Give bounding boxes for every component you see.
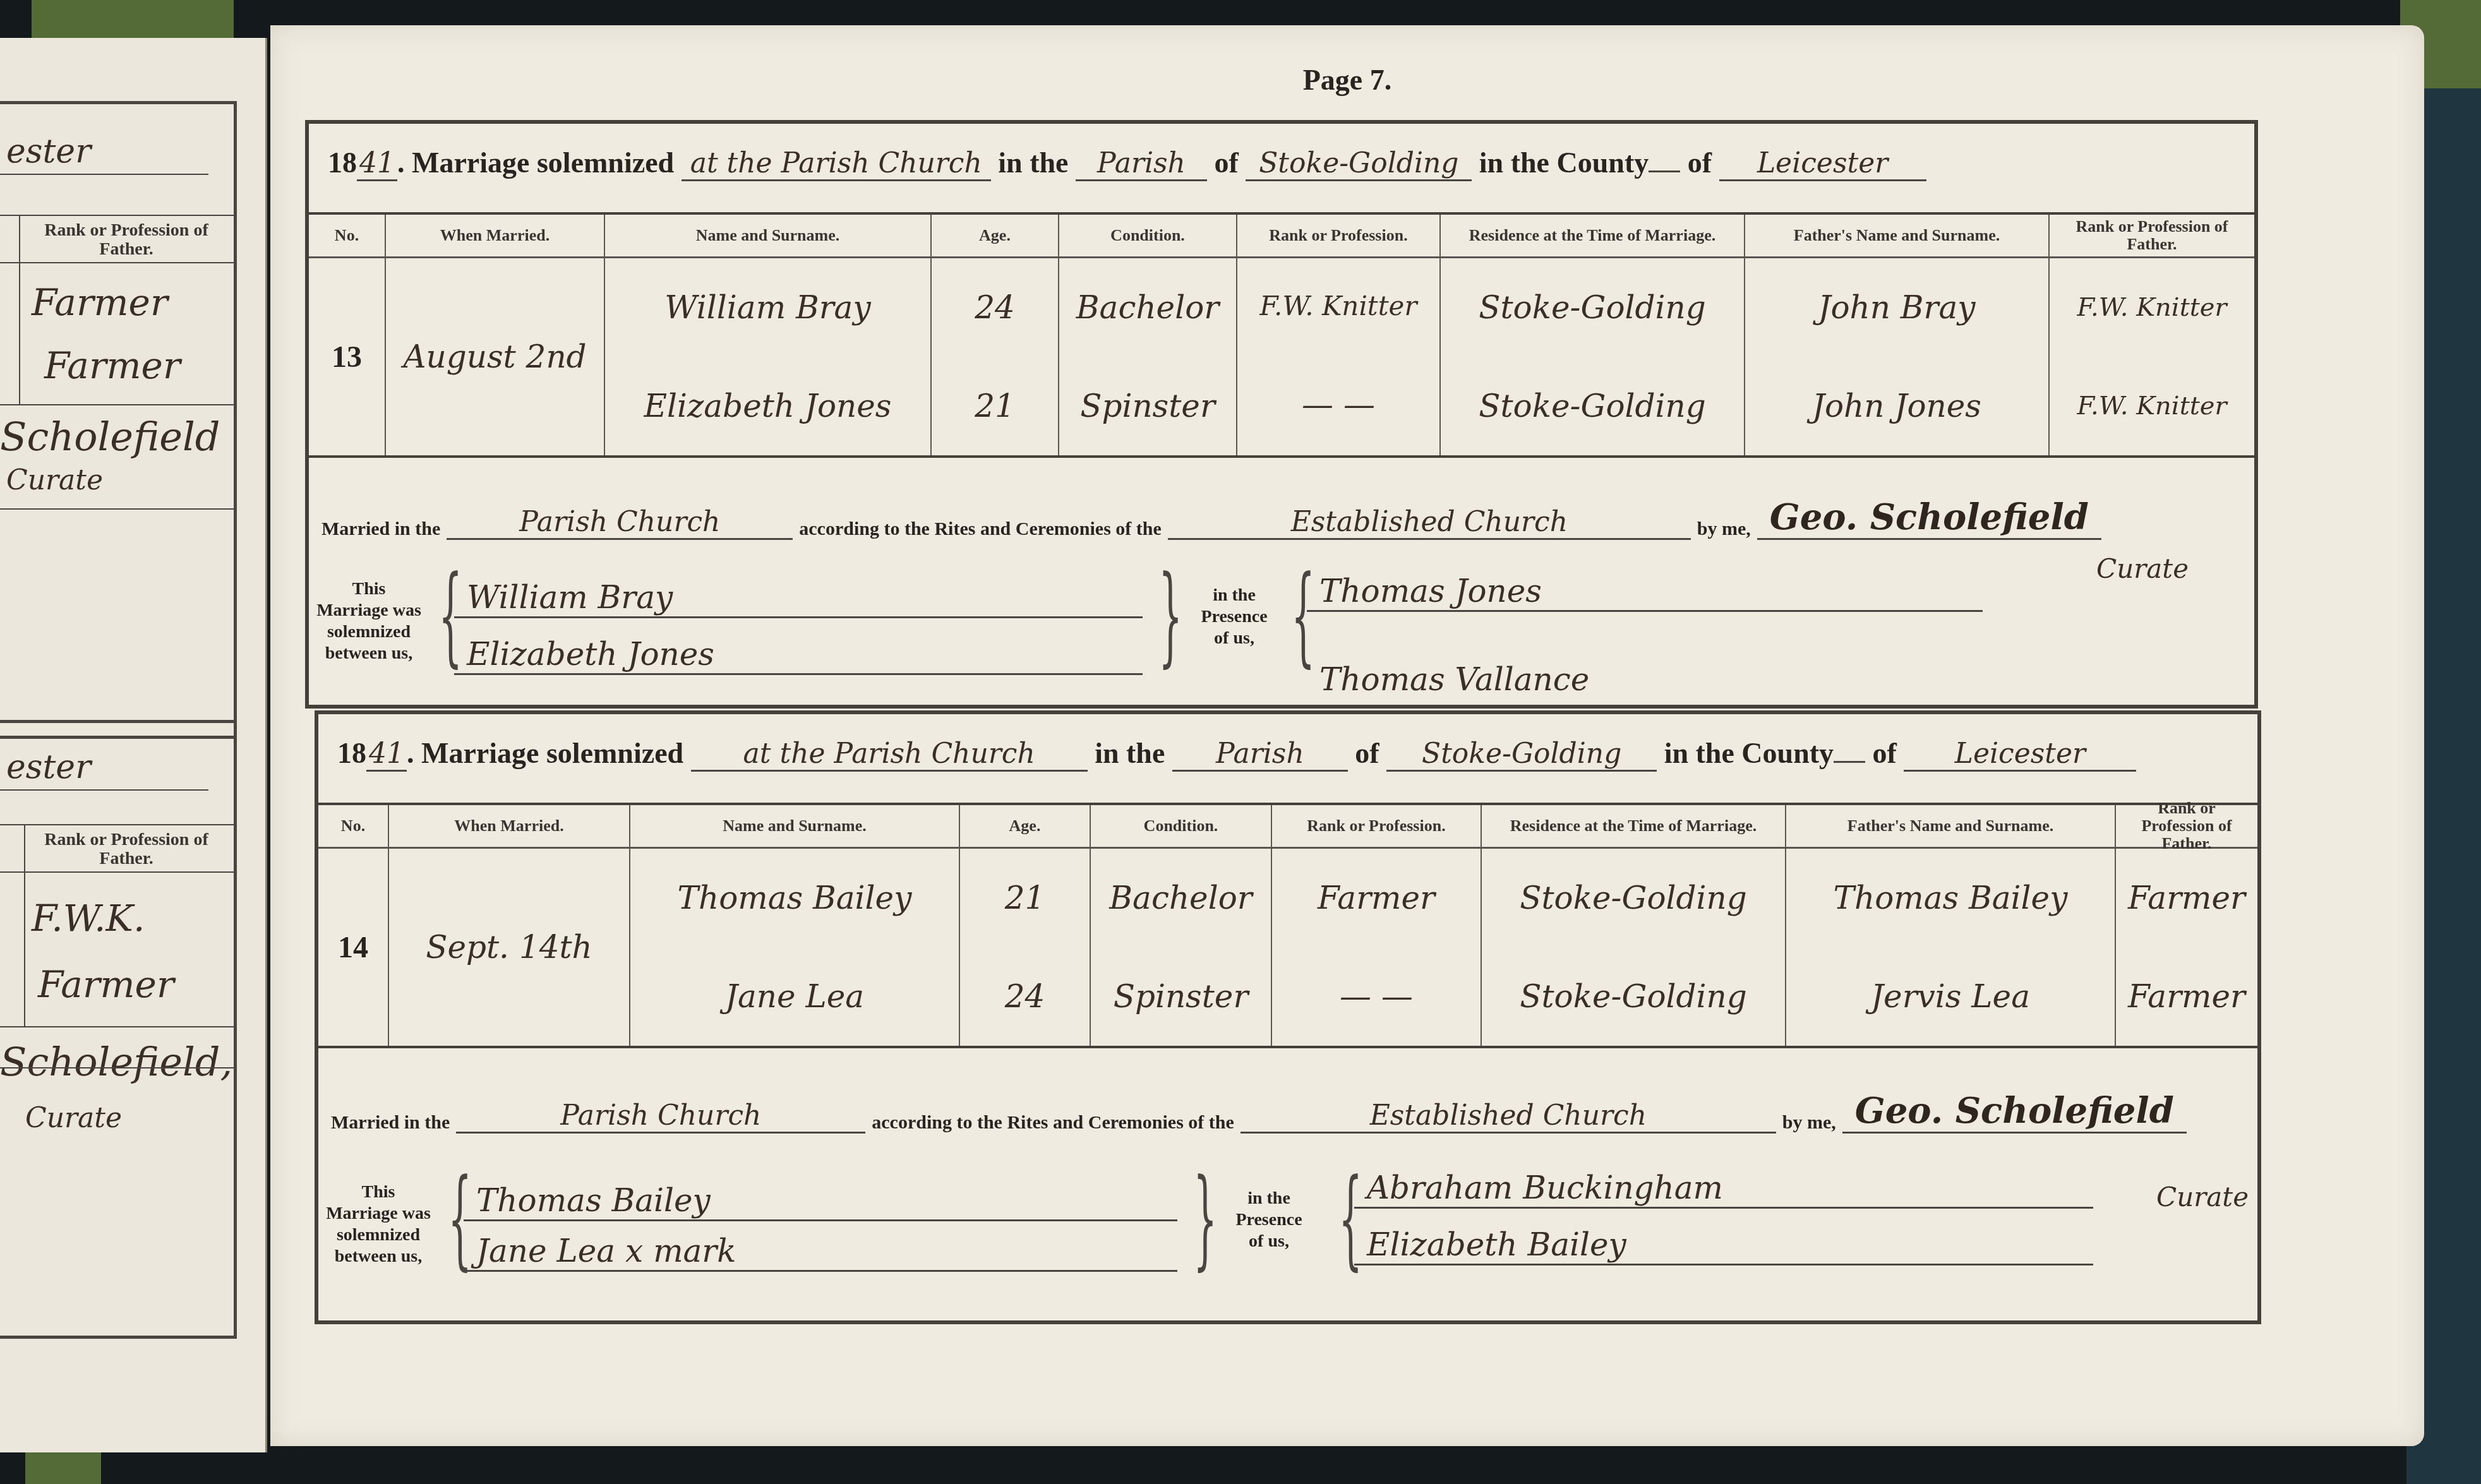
col-father-rank: Rank or Profession of Father. Farmer Far… — [2116, 805, 2257, 1046]
header-rule — [0, 262, 234, 263]
county: Leicester — [1719, 147, 1926, 181]
bride-condition: Spinster — [1114, 978, 1249, 1015]
father-rank-cell: Farmer — [38, 963, 174, 1006]
father-rank-cell: Farmer — [32, 281, 168, 324]
brace: } — [1193, 1156, 1217, 1281]
signature-block: This Marriage was solemnized between us,… — [315, 566, 2242, 692]
this-marriage-label: This Marriage was solemnized between us, — [325, 1182, 432, 1267]
when-married: Sept. 14th — [426, 929, 592, 966]
groom-signature: Thomas Bailey — [464, 1182, 1177, 1221]
column-header-father-rank: Rank or Profession of Father. — [25, 830, 227, 868]
col-father-rank: Rank or Profession of Father. F.W. Knitt… — [2050, 215, 2254, 455]
officiant-signature: Geo. Scholefield — [1757, 496, 2101, 540]
row-rule — [0, 508, 234, 510]
groom-name: William Bray — [664, 289, 870, 326]
year-suffix: 41 — [357, 147, 397, 181]
bride-residence: Stoke-Golding — [1520, 978, 1746, 1015]
col-no: No. 14 — [318, 805, 389, 1046]
bride-residence: Stoke-Golding — [1479, 388, 1705, 424]
title-fragment: Curate — [25, 1102, 122, 1134]
col-name: Name and Surname. William Bray Elizabeth… — [605, 215, 932, 455]
married-in-line: Married in the Parish Church according t… — [331, 1090, 2245, 1134]
witness-1: Abraham Buckingham — [1354, 1169, 2093, 1209]
witness-1: Thomas Jones — [1307, 572, 1983, 612]
district-type: Parish — [1076, 147, 1207, 181]
rites-of: Established Church — [1240, 1099, 1776, 1134]
married-in-line: Married in the Parish Church according t… — [321, 496, 2242, 540]
signature-fragment: Scholefield, — [0, 1039, 232, 1085]
left-entry-upper: ester Rank or Profession of Father. Farm… — [0, 101, 237, 739]
col-when-married: When Married. Sept. 14th — [389, 805, 630, 1046]
col-when-married: When Married. August 2nd — [386, 215, 605, 455]
col-age: Age. 24 21 — [932, 215, 1059, 455]
bride-age: 24 — [1005, 978, 1045, 1015]
header-rule — [0, 215, 234, 216]
col-residence: Residence at the Time of Marriage. Stoke… — [1441, 215, 1745, 455]
bride-signature: Jane Lea x mark — [464, 1232, 1177, 1272]
place: Stoke-Golding — [1246, 147, 1472, 181]
column-divider — [19, 215, 20, 404]
entry-heading: 1841. Marriage solemnized at the Parish … — [337, 736, 2136, 772]
county: Leicester — [1904, 738, 2136, 772]
groom-father-name: Thomas Bailey — [1834, 880, 2068, 916]
solemnized-at: at the Parish Church — [682, 147, 991, 181]
entry-table: No. 13 When Married. August 2nd Name and… — [309, 212, 2254, 458]
rites-of: Established Church — [1168, 506, 1691, 540]
row-rule — [0, 1026, 234, 1027]
presence-label: in the Presence of us, — [1228, 1188, 1310, 1252]
column-header-father-rank: Rank or Profession of Father. — [25, 221, 227, 259]
bride-father-name: John Jones — [1812, 388, 1981, 424]
bride-rank: — — — [1302, 386, 1375, 423]
col-no: No. 13 — [309, 215, 386, 455]
groom-age: 21 — [1005, 880, 1045, 916]
signature-fragment: Scholefield — [0, 414, 220, 460]
father-rank-cell: F.W.K. — [32, 897, 145, 940]
officiant-signature: Geo. Scholefield — [1842, 1090, 2187, 1134]
signature-block: This Marriage was solemnized between us,… — [325, 1169, 2245, 1295]
register-page: Page 7. 1841. Marriage solemnized at the… — [270, 25, 2424, 1446]
place: Stoke-Golding — [1386, 738, 1657, 772]
groom-father-name: John Bray — [1818, 289, 1975, 326]
year-suffix: 41 — [366, 738, 407, 772]
col-age: Age. 21 24 — [960, 805, 1091, 1046]
left-page-fragment: ester Rank or Profession of Father. Farm… — [0, 38, 267, 1452]
groom-age: 24 — [975, 289, 1015, 326]
bride-father-rank: Farmer — [2128, 978, 2245, 1015]
father-rank-cell: Farmer — [44, 344, 181, 387]
county-line — [0, 789, 208, 791]
bride-age: 21 — [975, 388, 1015, 424]
groom-residence: Stoke-Golding — [1520, 880, 1746, 916]
groom-name: Thomas Bailey — [678, 880, 912, 916]
groom-rank: Farmer — [1318, 880, 1435, 916]
left-entry-lower: ester Rank or Profession of Father. F.W.… — [0, 720, 237, 1339]
bride-rank: — — — [1340, 978, 1413, 1015]
bride-condition: Spinster — [1080, 388, 1215, 424]
groom-father-rank: Farmer — [2128, 880, 2245, 916]
groom-father-rank: F.W. Knitter — [2077, 293, 2226, 322]
entry-heading: 1841. Marriage solemnized at the Parish … — [328, 146, 1926, 181]
col-father-name: Father's Name and Surname. John Bray Joh… — [1745, 215, 2050, 455]
groom-condition: Bachelor — [1109, 880, 1252, 916]
this-marriage-label: This Marriage was solemnized between us, — [315, 578, 423, 664]
when-married: August 2nd — [403, 338, 586, 375]
col-father-name: Father's Name and Surname. Thomas Bailey… — [1786, 805, 2116, 1046]
bride-father-name: Jervis Lea — [1871, 978, 2030, 1015]
bride-signature: Elizabeth Jones — [454, 635, 1143, 675]
entry-table: No. 14 When Married. Sept. 14th Name and… — [318, 803, 2257, 1048]
married-in: Parish Church — [456, 1099, 865, 1134]
groom-signature: William Bray — [454, 578, 1143, 618]
county-line — [0, 174, 208, 175]
district-type: Parish — [1172, 738, 1348, 772]
brace: } — [1158, 553, 1182, 678]
county-fragment: ester — [6, 133, 91, 171]
county-fragment: ester — [6, 748, 91, 786]
entry-number: 14 — [338, 930, 368, 965]
entry-number: 13 — [332, 340, 362, 374]
bride-name: Elizabeth Jones — [644, 388, 891, 424]
col-rank: Rank or Profession. Farmer — — — [1272, 805, 1482, 1046]
col-name: Name and Surname. Thomas Bailey Jane Lea — [630, 805, 960, 1046]
witness-2: Thomas Vallance — [1307, 661, 1983, 698]
col-rank: Rank or Profession. F.W. Knitter — — — [1237, 215, 1441, 455]
header-rule — [0, 871, 234, 873]
groom-residence: Stoke-Golding — [1479, 289, 1705, 326]
witness-2: Elizabeth Bailey — [1354, 1226, 2093, 1266]
presence-label: in the Presence of us, — [1193, 585, 1275, 649]
married-in: Parish Church — [447, 506, 793, 540]
row-rule — [0, 1067, 234, 1068]
groom-rank: F.W. Knitter — [1259, 290, 1417, 321]
col-condition: Condition. Bachelor Spinster — [1059, 215, 1237, 455]
groom-condition: Bachelor — [1076, 289, 1219, 326]
marriage-entry: 1841. Marriage solemnized at the Parish … — [305, 120, 2258, 709]
title-fragment: Curate — [6, 464, 103, 496]
marriage-entry: 1841. Marriage solemnized at the Parish … — [315, 710, 2261, 1324]
solemnized-at: at the Parish Church — [691, 738, 1088, 772]
row-rule — [0, 404, 234, 405]
col-residence: Residence at the Time of Marriage. Stoke… — [1482, 805, 1786, 1046]
col-condition: Condition. Bachelor Spinster — [1091, 805, 1272, 1046]
bride-father-rank: F.W. Knitter — [2077, 392, 2226, 421]
page-number: Page 7. — [270, 63, 2424, 97]
header-rule — [0, 824, 234, 825]
bride-name: Jane Lea — [725, 978, 864, 1015]
